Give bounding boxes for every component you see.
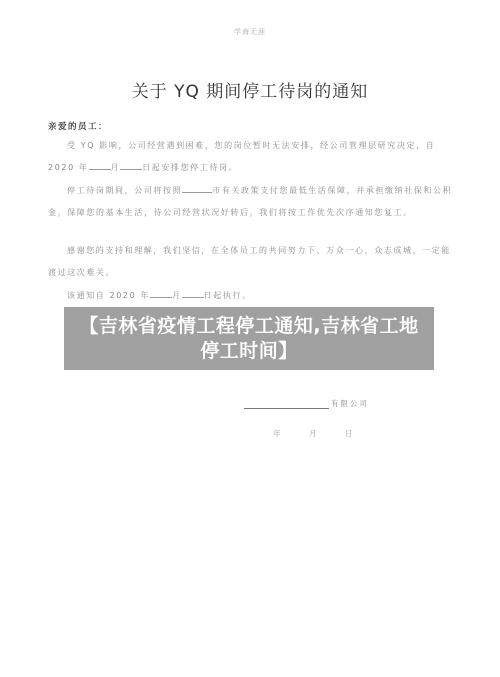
date-year: 年 [273,428,309,439]
blank-day [182,288,204,298]
blank-city [182,183,212,193]
paragraph-4-text-b: 日起执行。 [204,291,252,300]
date-month: 月 [309,428,345,439]
blank-month [89,160,111,170]
title-banner-overlay: 【吉林省疫情工程停工通知,吉林省工地停工时间】 [64,307,434,370]
paragraph-2: 停工待岗期间，公司将按照市有关政策支付您最低生活保障，并承担缴纳社保和公积金，保… [48,180,458,224]
paragraph-1-month: 月 [111,163,121,172]
greeting: 亲爱的员工： [48,120,108,132]
banner-title: 【吉林省疫情工程停工通知,吉林省工地停工时间】 [72,314,426,364]
paragraph-4-text-a: 该通知自 2020 年 [67,291,150,300]
header-watermark: 学海无涯 [0,27,500,37]
paragraph-4: 该通知自 2020 年月日起执行。 [48,285,458,307]
paragraph-1-text-b: 日起安排您停工待岗。 [142,163,238,172]
date-day: 日 [345,428,381,439]
paragraph-3: 感谢您的支持和理解，我们坚信，在全体员工的共同努力下，万众一心，众志成城，一定能… [48,240,458,284]
signature-block: 有限公司 [244,398,369,409]
blank-day [120,160,142,170]
paragraph-2-text-a: 停工待岗期间，公司将按照 [67,186,182,195]
paragraph-4-month: 月 [172,291,182,300]
paragraph-1: 受 YQ 影响，公司经营遇到困难，您的岗位暂时无法安排，经公司管理层研究决定，自… [48,135,458,179]
signature-blank-line [244,400,329,409]
blank-month [150,288,172,298]
signature-date: 年 月 日 [273,428,381,439]
company-suffix: 有限公司 [331,398,369,409]
document-title: 关于 YQ 期间停工待岗的通知 [0,77,500,102]
